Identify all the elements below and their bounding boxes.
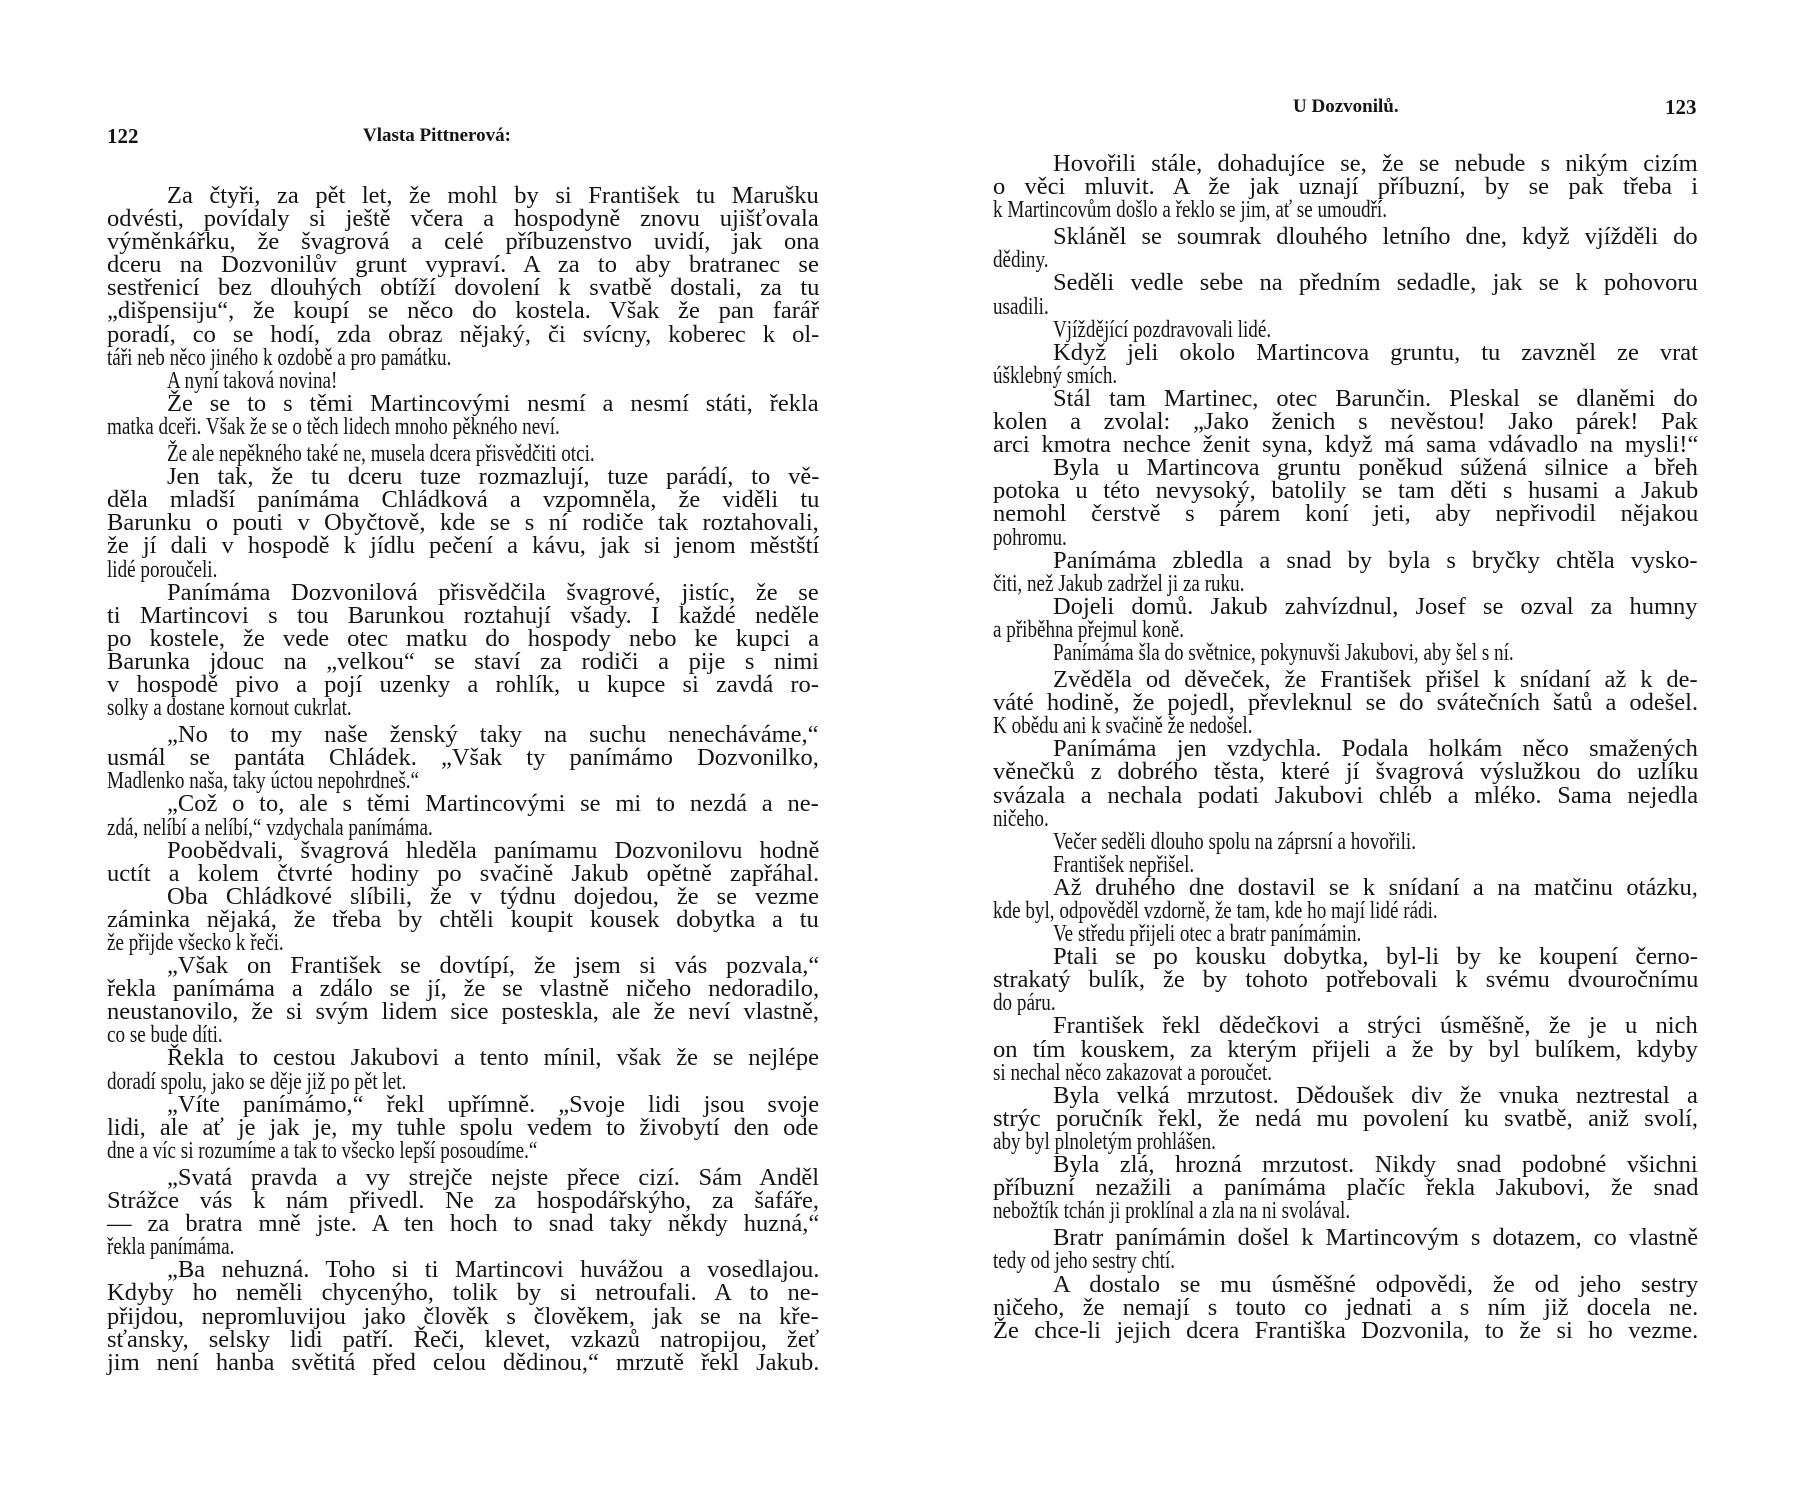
text-line: nebožtík tchán ji proklínal a zla na ni …	[993, 1199, 1698, 1222]
page-number: 122	[107, 124, 139, 149]
right-page-body-text: Hovořili stále, dohadujíce se, že se neb…	[993, 152, 1698, 1342]
text-line: uctít a kolem čtvrté hodiny po svačině J…	[107, 862, 819, 885]
text-line: Že chce-li jejich dcera Františka Dozvon…	[993, 1319, 1698, 1342]
text-line: Ve středu přijeli otec a bratr panímámin…	[993, 922, 1698, 945]
text-line: A dostalo se mu úsměšné odpovědi, že od …	[993, 1273, 1698, 1296]
text-line: Strážce vás k nám přivedl. Ne za hospodá…	[107, 1189, 819, 1212]
text-line: „dišpensiju“, že koupí se něco do kostel…	[107, 299, 819, 322]
text-line: svázala a nechala podati Jakubovi chléb …	[993, 784, 1698, 807]
text-line: sestřenicí bez dlouhých obtíží dovolení …	[107, 276, 819, 299]
text-line: usmál se pantáta Chládek. „Však ty paním…	[107, 746, 819, 769]
text-line: usadili.	[993, 295, 1698, 318]
text-line: dědiny.	[993, 248, 1698, 271]
text-line: dceru na Dozvonilův grunt vypraví. A za …	[107, 253, 819, 276]
text-line: Bratr panímámin došel k Martincovým s do…	[993, 1226, 1698, 1249]
text-line: Panímáma jen vzdychla. Podala holkám něc…	[993, 737, 1698, 760]
text-line: Řekla to cestou Jakubovi a tento mínil, …	[107, 1046, 819, 1069]
text-line: kde byl, odpověděl vzdorně, že tam, kde …	[993, 899, 1698, 922]
text-line: matka dceři. Však že se o těch lidech mn…	[107, 415, 819, 438]
text-line: poradí, co se hodí, zda obraz nějaký, či…	[107, 323, 819, 346]
text-line: dne a víc si rozumíme a tak to všecko le…	[107, 1139, 819, 1162]
text-line: lidi, ale ať je jak je, my tuhle spolu v…	[107, 1116, 819, 1139]
text-line: K obědu ani k svačině že nedošel.	[993, 714, 1698, 737]
text-line: Barunka jdouc na „velkou“ se staví za ro…	[107, 650, 819, 673]
text-line: lidé poroučeli.	[107, 558, 819, 581]
text-line: Jen tak, že tu dceru tuze rozmazlují, tu…	[107, 465, 819, 488]
text-line: ničeho, že nemají s touto co jednati a s…	[993, 1296, 1698, 1319]
running-head-title: U Dozvonilů.	[1293, 96, 1399, 118]
text-line: doradí spolu, jako se děje již po pět le…	[107, 1070, 819, 1093]
text-line: Seděli vedle sebe na předním sedadle, ja…	[993, 271, 1698, 294]
text-line: Zvěděla od děveček, že František přišel …	[993, 668, 1698, 691]
text-line: po kostele, že vede otec matku do hospod…	[107, 627, 819, 650]
text-line: ničeho.	[993, 807, 1698, 830]
text-line: František nepřišel.	[993, 853, 1698, 876]
text-line: přijdou, nepromluvijou jako člověk s člo…	[107, 1305, 819, 1328]
text-line: „Však on František se dovtípí, že jsem s…	[107, 954, 819, 977]
text-line: pohromu.	[993, 526, 1698, 549]
text-line: kolen a zvolal: „Jako ženich s nevěstou!…	[993, 410, 1698, 433]
text-line: nemohl čerstvě s párem koní jeti, aby ne…	[993, 502, 1698, 525]
left-page-body-text: Za čtyři, za pět let, že mohl by si Fran…	[107, 184, 819, 1374]
text-line: — za bratra mně jste. A ten hoch to snad…	[107, 1212, 819, 1235]
text-line: Panímáma šla do světnice, pokynuvši Jaku…	[993, 641, 1698, 664]
text-line: Když jeli okolo Martincova gruntu, tu za…	[993, 341, 1698, 364]
text-line: děla mladší panímáma Chládková a vzpomně…	[107, 488, 819, 511]
text-line: tedy od jeho sestry chtí.	[993, 1249, 1698, 1272]
text-line: Dojeli domů. Jakub zahvízdnul, Josef se …	[993, 595, 1698, 618]
text-line: solky a dostane kornout cukrlat.	[107, 696, 819, 719]
text-line: výměnkářku, že švagrová a celé příbuzens…	[107, 230, 819, 253]
text-line: že přijde všecko k řeči.	[107, 931, 819, 954]
left-page: 122 Vlasta Pittnerová: Za čtyři, za pět …	[0, 0, 900, 1500]
text-line: on tím kouskem, za kterým přijeli a že b…	[993, 1038, 1698, 1061]
right-page: U Dozvonilů. 123 Hovořili stále, dohaduj…	[900, 0, 1800, 1500]
running-head-author: Vlasta Pittnerová:	[363, 125, 511, 147]
text-line: řekla panímáma.	[107, 1235, 819, 1258]
text-line: si nechal něco zakazovat a poroučet.	[993, 1061, 1698, 1084]
text-line: Byla velká mrzutost. Dědoušek div že vnu…	[993, 1084, 1698, 1107]
text-line: Stál tam Martinec, otec Barunčin. Pleska…	[993, 387, 1698, 410]
text-line: Byla zlá, hrozná mrzutost. Nikdy snad po…	[993, 1153, 1698, 1176]
text-line: čiti, než Jakub zadržel ji za ruku.	[993, 572, 1698, 595]
text-line: Skláněl se soumrak dlouhého letního dne,…	[993, 225, 1698, 248]
text-line: „Ba nehuzná. Toho si ti Martincovi huváž…	[107, 1258, 819, 1281]
text-line: v hospodě pivo a pojí uzenky a rohlík, u…	[107, 673, 819, 696]
text-line: věnečků z dobrého těsta, které jí švagro…	[993, 760, 1698, 783]
text-line: Madlenko naša, taky úctou nepohrdneš.“	[107, 769, 819, 792]
text-line: strakatý bulík, že by tohoto potřebovali…	[993, 968, 1698, 991]
text-line: příbuzní nezažili a panímáma plačíc řekl…	[993, 1176, 1698, 1199]
text-line: že jí dali v hospodě k jídlu pečení a ká…	[107, 534, 819, 557]
text-line: do páru.	[993, 991, 1698, 1014]
text-line: strýc poručník řekl, že nedá mu povolení…	[993, 1107, 1698, 1130]
text-line: „Svatá pravda a vy strejče nejste přece …	[107, 1166, 819, 1189]
text-line: záminka nějaká, že třeba by chtěli koupi…	[107, 908, 819, 931]
text-line: arci kmotra nechce ženit syna, když má s…	[993, 433, 1698, 456]
text-line: k Martincovům došlo a řeklo se jim, ať s…	[993, 198, 1698, 221]
text-line: neustanovilo, že si svým lidem sice post…	[107, 1000, 819, 1023]
text-line: co se bude díti.	[107, 1023, 819, 1046]
text-line: úšklebný smích.	[993, 364, 1698, 387]
text-line: aby byl plnoletým prohlášen.	[993, 1130, 1698, 1153]
text-line: Vjíždějící pozdravovali lidé.	[993, 318, 1698, 341]
text-line: ti Martincovi s tou Barunkou roztahují v…	[107, 604, 819, 627]
text-line: jim není hanba světitá před celou dědino…	[107, 1351, 819, 1374]
text-line: Byla u Martincova gruntu poněkud súžená …	[993, 456, 1698, 479]
text-line: Barunku o pouti v Obyčtově, kde se s ní …	[107, 511, 819, 534]
text-line: A nyní taková novina!	[107, 369, 819, 392]
text-line: řekla panímáma a zdálo se jí, že se vlas…	[107, 977, 819, 1000]
text-line: Večer seděli dlouho spolu na záprsní a h…	[993, 830, 1698, 853]
text-line: Že ale nepěkného také ne, musela dcera p…	[107, 442, 819, 465]
text-line: František řekl dědečkovi a strýci úsměšn…	[993, 1014, 1698, 1037]
text-line: Panímáma zbledla a snad by byla s bryčky…	[993, 549, 1698, 572]
text-line: Poobědvali, švagrová hleděla panímamu Do…	[107, 839, 819, 862]
text-line: váté hodině, že pojedl, převleknul se do…	[993, 691, 1698, 714]
text-line: a přiběhna přejmul koně.	[993, 618, 1698, 641]
text-line: Panímáma Dozvonilová přisvědčila švagrov…	[107, 581, 819, 604]
text-line: zdá, nelíbí a nelíbí,“ vzdychala panímám…	[107, 816, 819, 839]
text-line: „Víte panímámo,“ řekl upřímně. „Svoje li…	[107, 1093, 819, 1116]
text-line: Za čtyři, za pět let, že mohl by si Fran…	[107, 184, 819, 207]
text-line: Že se to s těmi Martincovými nesmí a nes…	[107, 392, 819, 415]
text-line: odvésti, povídaly si ještě včera a hospo…	[107, 207, 819, 230]
text-line: Ptali se po kousku dobytka, byl-li by ke…	[993, 945, 1698, 968]
page-number: 123	[1665, 95, 1697, 120]
text-line: sťansky, selsky lidi patří. Řeči, klevet…	[107, 1328, 819, 1351]
text-line: Kdyby ho neměli chycenýho, tolik by si n…	[107, 1281, 819, 1304]
text-line: potoka u této nevysoký, batolily se tam …	[993, 479, 1698, 502]
text-line: o věci mluvit. A že jak uznají příbuzní,…	[993, 175, 1698, 198]
text-line: „No to my naše ženský taky na suchu nene…	[107, 723, 819, 746]
text-line: Oba Chládkové slíbili, že v týdnu dojedo…	[107, 885, 819, 908]
text-line: Až druhého dne dostavil se k snídaní a n…	[993, 876, 1698, 899]
text-line: Hovořili stále, dohadujíce se, že se neb…	[993, 152, 1698, 175]
text-line: táři neb něco jiného k ozdobě a pro pamá…	[107, 346, 819, 369]
text-line: „Což o to, ale s těmi Martincovými se mi…	[107, 792, 819, 815]
